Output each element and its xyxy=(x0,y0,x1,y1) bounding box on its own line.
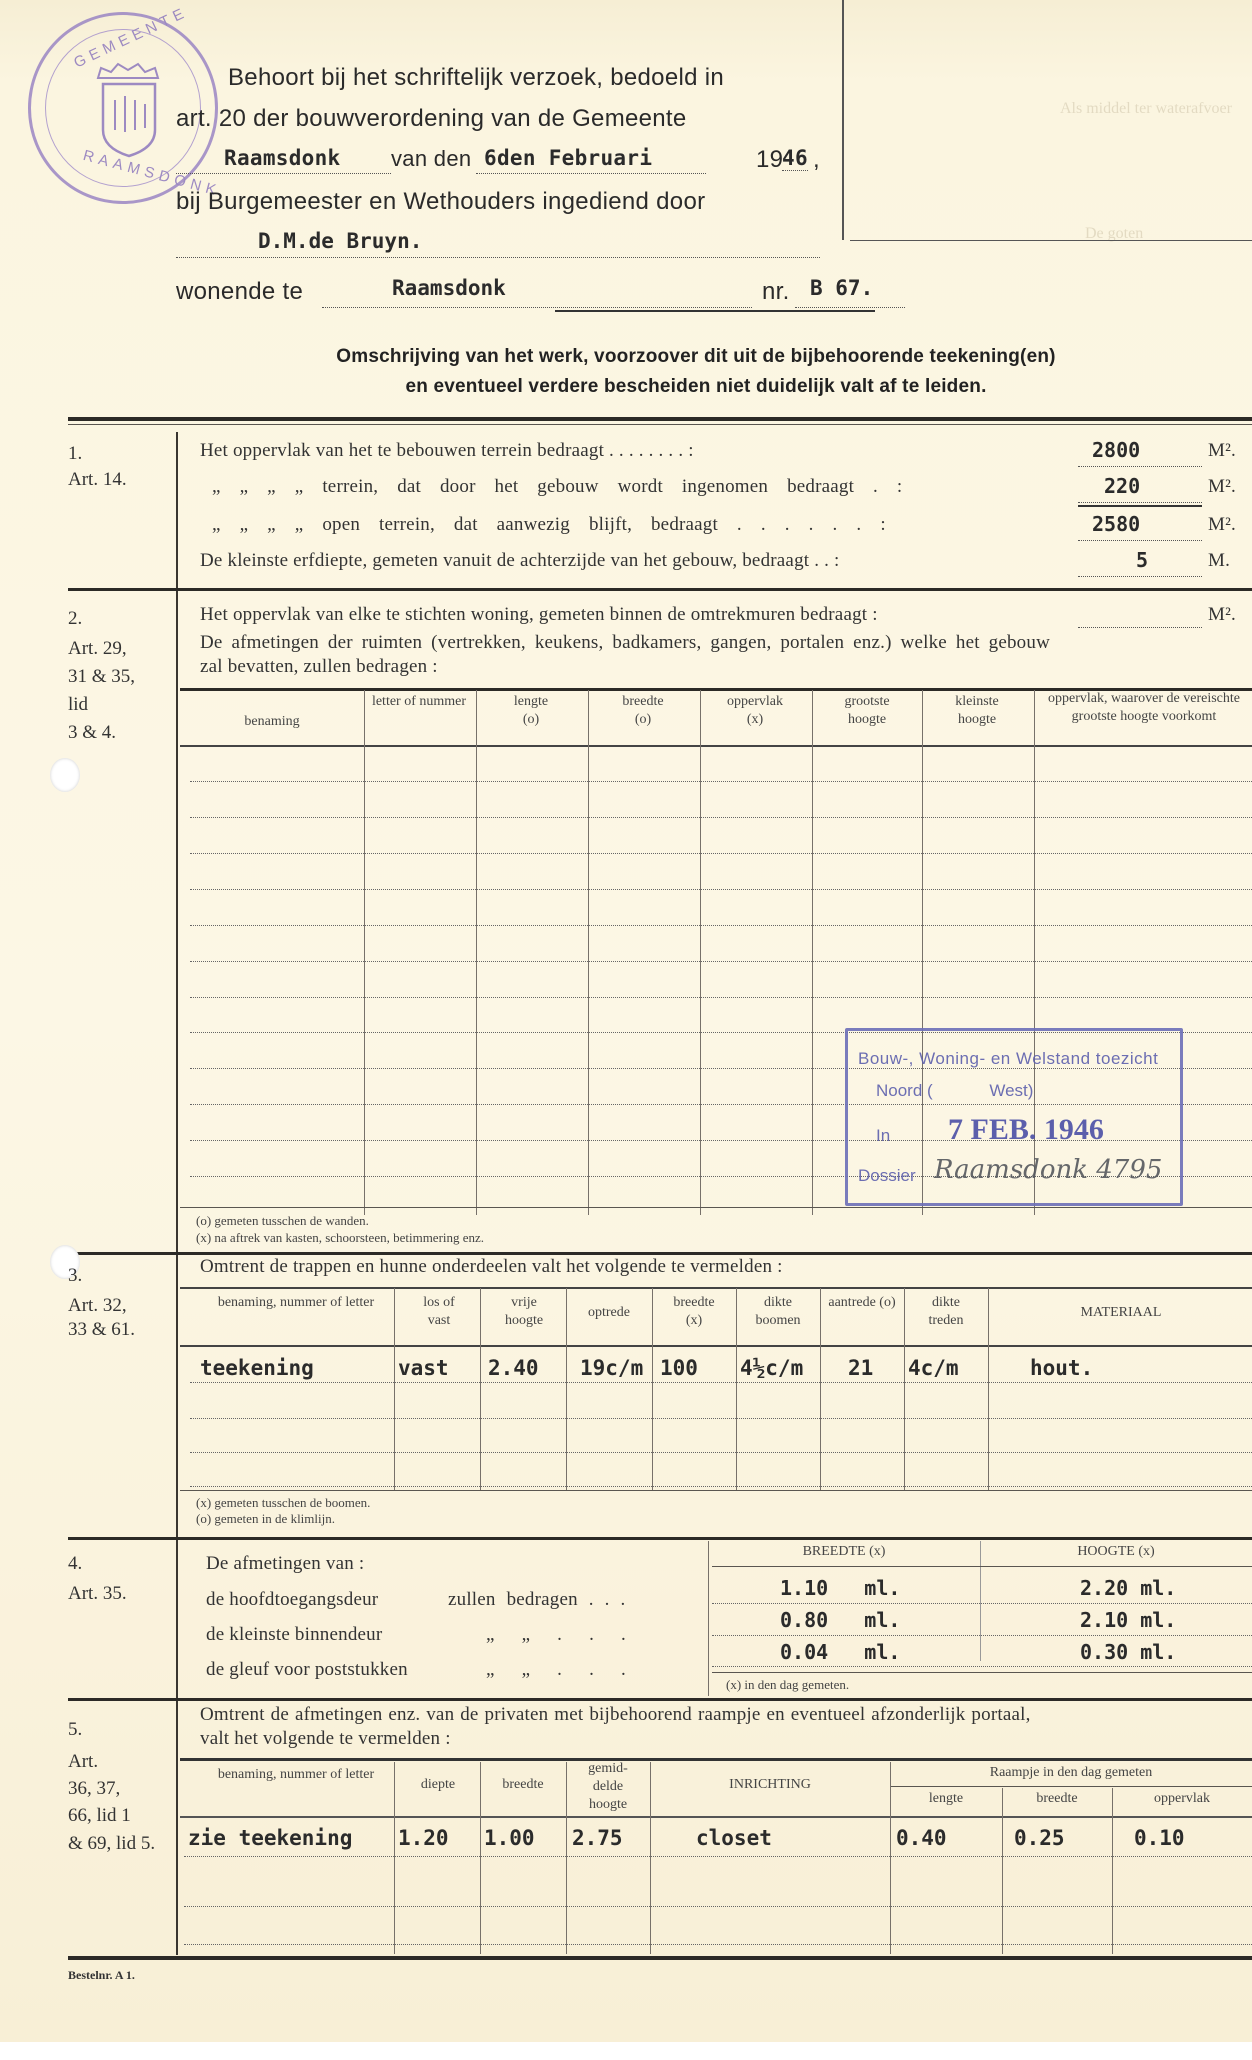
page-bottom-rule xyxy=(68,1956,1252,1960)
section1-article: Art. 14. xyxy=(68,466,127,493)
col-header-breedte: breedte (o) xyxy=(590,693,696,729)
section1-row-label: Het oppervlak van het te bebouwen terrei… xyxy=(200,440,694,462)
section1-number: 1. xyxy=(68,440,82,467)
col-header-benaming: benaming, nummer of letter xyxy=(196,1766,396,1784)
group-header-rule xyxy=(890,1786,1252,1787)
description-headline-2: en eventueel verdere bescheiden niet dui… xyxy=(0,376,1252,398)
stamp-region-line: Noord ( West) xyxy=(876,1081,1033,1101)
mail-slot-breedte-value: 0.04 ml. xyxy=(780,1640,900,1664)
section5-title-2: valt het volgende te vermelden : xyxy=(200,1728,451,1750)
municipality-value: Raamsdonk xyxy=(224,146,341,170)
column-divider xyxy=(480,1288,481,1490)
section4-article: Art. 35. xyxy=(68,1580,127,1607)
year-prefix: 19 xyxy=(756,146,783,174)
stairs-cell: 4c/m xyxy=(908,1356,959,1380)
section4-row-label: de kleinste binnendeur xyxy=(206,1624,382,1646)
order-number: Bestelnr. A 1. xyxy=(68,1968,135,1983)
frame-horizontal-line xyxy=(850,240,1252,241)
col-header-breedte: breedte (x) xyxy=(652,1294,736,1330)
table-row[interactable] xyxy=(712,1635,1252,1636)
col-header-diepte: diepte xyxy=(396,1776,480,1794)
date-value: 6den Februari xyxy=(484,146,652,170)
table-row[interactable] xyxy=(190,1382,1252,1383)
column-divider xyxy=(988,1288,989,1490)
col-header-materiaal: MATERIAAL xyxy=(990,1304,1252,1322)
door-breedte-value: 1.10 ml. xyxy=(780,1576,900,1600)
residence-value: Raamsdonk xyxy=(392,276,506,300)
section4-title: De afmetingen van : xyxy=(206,1553,364,1575)
stairs-cell: teekening xyxy=(200,1356,314,1380)
col-header-benaming: benaming xyxy=(182,702,362,742)
col-header-los-of-vast: los of vast xyxy=(396,1294,482,1330)
column-divider xyxy=(1112,1788,1113,1954)
table-top-rule xyxy=(180,1758,1252,1761)
intro-line-4: bij Burgemeester en Wethouders ingediend… xyxy=(176,188,705,216)
toilet-cell: zie teekening xyxy=(188,1826,352,1850)
address-underline xyxy=(555,310,875,312)
toilet-cell: 0.40 xyxy=(896,1826,947,1850)
stairs-cell: 2.40 xyxy=(488,1356,539,1380)
column-divider xyxy=(588,690,589,1215)
stairs-cell: 19c/m xyxy=(580,1356,643,1380)
section5-article-3: 66, lid 1 xyxy=(68,1802,131,1829)
column-divider xyxy=(700,690,701,1215)
section1-unit: M². xyxy=(1208,514,1236,536)
inner-door-breedte-value: 0.80 ml. xyxy=(780,1608,900,1632)
section4-row-label: de hoofdtoegangsdeur xyxy=(206,1589,378,1611)
section1-value: 5 xyxy=(1136,548,1148,572)
column-divider xyxy=(566,1762,567,1954)
section-divider xyxy=(68,1698,1252,1701)
description-headline-1: Omschrijving van het werk, voorzoover di… xyxy=(0,346,1252,368)
col-header-lengte: lengte (o) xyxy=(478,693,584,729)
section3-title: Omtrent de trappen en hunne onderdeelen … xyxy=(200,1256,783,1278)
toilet-cell: closet xyxy=(696,1826,772,1850)
section1-unit: M². xyxy=(1208,440,1236,462)
table-top-rule xyxy=(180,1287,1252,1289)
toilet-cell: 0.25 xyxy=(1014,1826,1065,1850)
section2-unit: M². xyxy=(1208,604,1236,626)
table-row[interactable] xyxy=(190,925,1252,926)
section1-row-label: „ „ „ „ terrein, dat door het gebouw wor… xyxy=(212,476,902,498)
section5-number: 5. xyxy=(68,1716,82,1743)
toilet-cell: 0.10 xyxy=(1134,1826,1185,1850)
inner-door-hoogte-value: 2.10 ml. xyxy=(1080,1608,1176,1632)
section-divider xyxy=(68,588,1252,591)
mail-slot-hoogte-value: 0.30 ml. xyxy=(1080,1640,1176,1664)
stamp-date: 7 FEB. 1946 xyxy=(948,1113,1104,1147)
column-divider xyxy=(1002,1788,1003,1954)
wonende-label: wonende te xyxy=(176,278,303,306)
punch-hole xyxy=(50,758,80,792)
section5-article-4: & 69, lid 5. xyxy=(68,1830,155,1857)
col-header-lengte: lengte xyxy=(890,1790,1002,1808)
section1-value: 220 xyxy=(1104,474,1140,498)
stairs-cell: 4½c/m xyxy=(740,1356,803,1380)
col-header-dikte-treden: dikte treden xyxy=(904,1294,988,1330)
section2-line-3: zal bevatten, zullen bedragen : xyxy=(200,656,438,678)
section2-article-3: lid xyxy=(68,691,88,719)
col-group-header-raampje: Raampje in den dag gemeten xyxy=(890,1764,1252,1782)
stairs-cell: 100 xyxy=(660,1356,698,1380)
intro-line-3: Raamsdonk van den 6den Februari 19 46 , xyxy=(176,146,820,176)
col-header-oppervlak: oppervlak xyxy=(1112,1790,1252,1808)
stairs-cell: 21 xyxy=(848,1356,873,1380)
col-header-vrije-hoogte: vrije hoogte xyxy=(482,1294,566,1330)
table-header-rule xyxy=(180,1816,1252,1818)
column-divider xyxy=(394,1762,395,1954)
section1-unit: M. xyxy=(1208,550,1230,572)
section4-row-label: de gleuf voor poststukken xyxy=(206,1659,408,1681)
section2-article-1: Art. 29, xyxy=(68,635,127,663)
col-header-breedte: BREEDTE (x) xyxy=(708,1543,980,1561)
stamp-office-line: Bouw-, Woning- en Welstand toezicht xyxy=(858,1049,1158,1069)
section3-article-1: Art. 32, xyxy=(68,1292,127,1319)
table-row[interactable] xyxy=(184,1906,1252,1907)
column-divider xyxy=(364,690,365,1215)
section5-article-1: Art. xyxy=(68,1748,98,1775)
toilet-cell: 1.00 xyxy=(484,1826,535,1850)
section2-number: 2. xyxy=(68,605,82,633)
table-row[interactable] xyxy=(190,781,1252,782)
section4-row-suffix: „ „ . . . xyxy=(486,1659,626,1681)
section1-value: 2580 xyxy=(1092,512,1140,536)
table-row[interactable] xyxy=(190,961,1252,962)
section5-title-1: Omtrent de afmetingen enz. van de privat… xyxy=(200,1704,1031,1726)
section2-area-field[interactable] xyxy=(1078,606,1202,628)
door-hoogte-value: 2.20 ml. xyxy=(1080,1576,1176,1600)
section1-unit: M². xyxy=(1208,476,1236,498)
section4-row-suffix: zullen bedragen . . . xyxy=(448,1589,626,1611)
stairs-cell: vast xyxy=(398,1356,449,1380)
column-divider xyxy=(394,1288,395,1490)
col-header-letter: letter of nummer xyxy=(366,693,472,711)
table-row[interactable] xyxy=(190,817,1252,818)
table-row[interactable] xyxy=(184,1856,1252,1857)
section5-article-2: 36, 37, xyxy=(68,1775,120,1802)
col-header-breedte: breedte xyxy=(480,1776,566,1794)
col-header-kleinste-hoogte: kleinste hoogte xyxy=(924,693,1030,729)
section2-line-2: De afmetingen der ruimten (vertrekken, k… xyxy=(200,632,1050,654)
table-row[interactable] xyxy=(190,889,1252,890)
table-bottom-rule xyxy=(180,1207,1252,1208)
section2-line-1: Het oppervlak van elke te stichten wonin… xyxy=(200,604,878,626)
residence-field xyxy=(322,282,752,308)
section1-row-label: „ „ „ „ open terrein, dat aanwezig blijf… xyxy=(212,514,886,536)
stamp-in-label: In xyxy=(876,1126,890,1146)
section3-footnote-2: (o) gemeten in de klimlijn. xyxy=(196,1510,335,1527)
col-header-optrede: optrede xyxy=(566,1304,652,1322)
comma: , xyxy=(813,146,820,174)
column-divider xyxy=(812,690,813,1215)
table-bottom-rule xyxy=(712,1672,1252,1673)
section1-row-label: De kleinste erfdiepte, gemeten vanuit de… xyxy=(200,550,839,572)
section4-row-suffix: „ „ . . . xyxy=(486,1624,626,1646)
table-row[interactable] xyxy=(712,1666,1252,1667)
column-divider xyxy=(650,1762,651,1954)
section-divider xyxy=(68,1537,1252,1540)
col-header-dikte-boomen: dikte boomen xyxy=(736,1294,820,1330)
coat-of-arms-icon xyxy=(83,60,173,160)
year-suffix: 46 xyxy=(782,146,808,171)
intro-line-2: art. 20 der bouwverordening van de Gemee… xyxy=(176,105,687,133)
table-row[interactable] xyxy=(190,853,1252,854)
column-divider xyxy=(652,1288,653,1490)
section4-number: 4. xyxy=(68,1550,82,1577)
col-header-hoogte: HOOGTE (x) xyxy=(980,1543,1252,1561)
house-number-value: B 67. xyxy=(810,276,873,300)
col-header-benaming: benaming, nummer of letter xyxy=(196,1294,396,1312)
section-divider xyxy=(68,1252,1252,1255)
section3-footnote-1: (x) gemeten tusschen de boomen. xyxy=(196,1494,370,1511)
intro-line-1: Behoort bij het schriftelijk verzoek, be… xyxy=(228,64,724,92)
section3-number: 3. xyxy=(68,1262,82,1289)
column-divider xyxy=(708,1541,709,1696)
stamp-dossier-label: Dossier xyxy=(858,1166,916,1186)
received-date-stamp: Bouw-, Woning- en Welstand toezicht Noor… xyxy=(845,1028,1183,1206)
table-header-rule xyxy=(712,1566,1252,1567)
stamp-dossier-signature: Raamsdonk 4795 xyxy=(934,1155,1162,1185)
section3-article-2: 33 & 61. xyxy=(68,1316,135,1343)
section-divider-thin xyxy=(68,424,1252,425)
column-divider xyxy=(820,1288,821,1490)
column-divider xyxy=(890,1762,891,1954)
table-row[interactable] xyxy=(184,1944,1252,1945)
section-divider xyxy=(68,417,1252,421)
column-divider xyxy=(480,1762,481,1954)
frame-vertical-line xyxy=(842,0,844,240)
column-divider xyxy=(566,1288,567,1490)
stairs-cell: hout. xyxy=(1030,1356,1093,1380)
table-row[interactable] xyxy=(190,997,1252,998)
page-edge xyxy=(0,2042,1252,2060)
section2-footnote-2: (x) na aftrek van kasten, schoorsteen, b… xyxy=(196,1229,484,1246)
table-row[interactable] xyxy=(712,1603,1252,1604)
table-bottom-rule xyxy=(180,1490,1252,1491)
col-header-grootste-hoogte: grootste hoogte xyxy=(814,693,920,729)
section2-article-4: 3 & 4. xyxy=(68,719,116,747)
section2-footnote-1: (o) gemeten tusschen de wanden. xyxy=(196,1212,369,1229)
section4-footnote: (x) in den dag gemeten. xyxy=(726,1676,849,1693)
van-den-label: van den xyxy=(391,146,471,172)
table-row[interactable] xyxy=(190,1452,1252,1453)
col-header-gemiddelde-hoogte: gemid-delde hoogte xyxy=(566,1760,650,1814)
column-divider xyxy=(904,1288,905,1490)
section2-article-2: 31 & 35, xyxy=(68,663,135,691)
table-header-rule xyxy=(180,1345,1252,1347)
table-row[interactable] xyxy=(190,1486,1252,1487)
value-underline xyxy=(1078,505,1202,507)
section1-value: 2800 xyxy=(1092,438,1140,462)
col-header-oppervlak: oppervlak (x) xyxy=(702,693,808,729)
applicant-value: D.M.de Bruyn. xyxy=(258,229,422,253)
nr-label: nr. xyxy=(762,278,790,306)
col-header-aantrede: aantrede (o) xyxy=(820,1294,904,1312)
col-header-oppervlak-hoogte: oppervlak, waarover de vereischte groots… xyxy=(1036,690,1252,726)
margin-vertical-line xyxy=(176,432,178,1955)
toilet-cell: 2.75 xyxy=(572,1826,623,1850)
col-header-raampje-breedte: breedte xyxy=(1002,1790,1112,1808)
table-row[interactable] xyxy=(190,1418,1252,1419)
toilet-cell: 1.20 xyxy=(398,1826,449,1850)
col-header-inrichting: INRICHTING xyxy=(650,1776,890,1794)
bleed-through-text: Als middel ter waterafvoer xyxy=(1060,100,1232,118)
column-divider xyxy=(736,1288,737,1490)
column-divider xyxy=(476,690,477,1215)
table-header-rule xyxy=(180,745,1252,747)
